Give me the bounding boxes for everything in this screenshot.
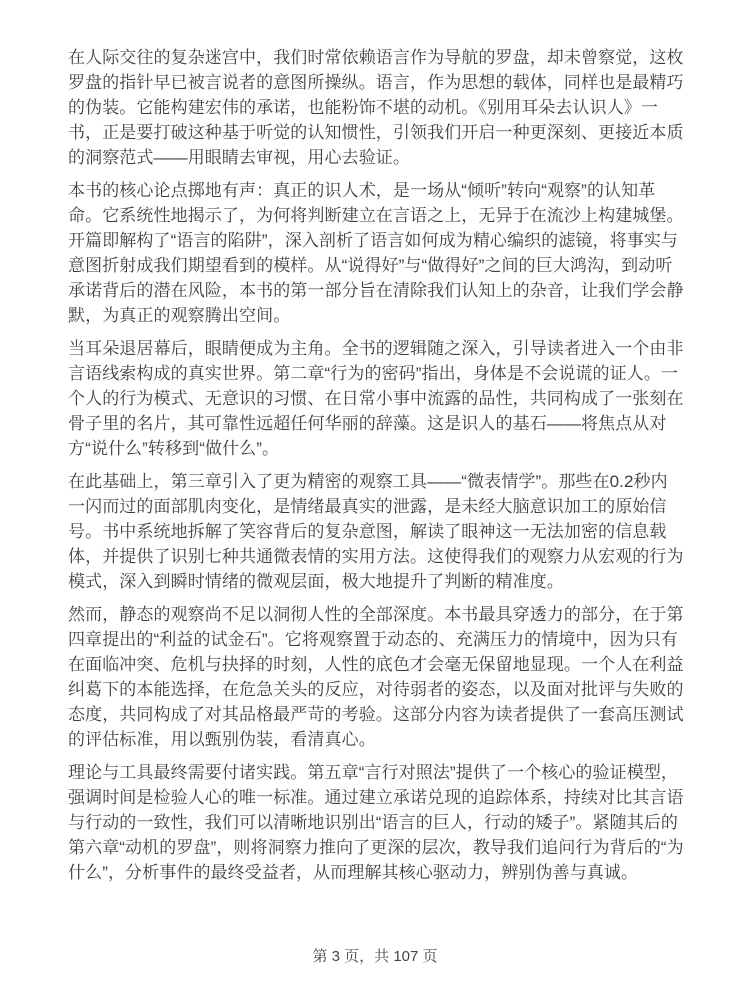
document-page: 在人际交往的复杂迷宫中，我们时常依赖语言作为导航的罗盘，却未曾察觉，这枚罗盘的指… [0,0,750,1000]
page-number-indicator: 第 3 页，共 107 页 [0,945,750,966]
paragraph-1: 在人际交往的复杂迷宫中，我们时常依赖语言作为导航的罗盘，却未曾察觉，这枚罗盘的指… [68,45,684,170]
paragraph-2: 本书的核心论点掷地有声：真正的识人术，是一场从“倾听”转向“观察”的认知革命。它… [68,178,684,328]
paragraph-5: 然而，静态的观察尚不足以洞彻人性的全部深度。本书最具穿透力的部分，在于第四章提出… [68,602,684,752]
paragraph-6: 理论与工具最终需要付诸实践。第五章“言行对照法”提供了一个核心的验证模型，强调时… [68,760,684,885]
paragraph-4: 在此基础上，第三章引入了更为精密的观察工具——“微表情学”。那些在0.2秒内一闪… [68,469,684,594]
document-body: 在人际交往的复杂迷宫中，我们时常依赖语言作为导航的罗盘，却未曾察觉，这枚罗盘的指… [68,45,684,893]
paragraph-3: 当耳朵退居幕后，眼睛便成为主角。全书的逻辑随之深入，引导读者进入一个由非言语线索… [68,336,684,461]
